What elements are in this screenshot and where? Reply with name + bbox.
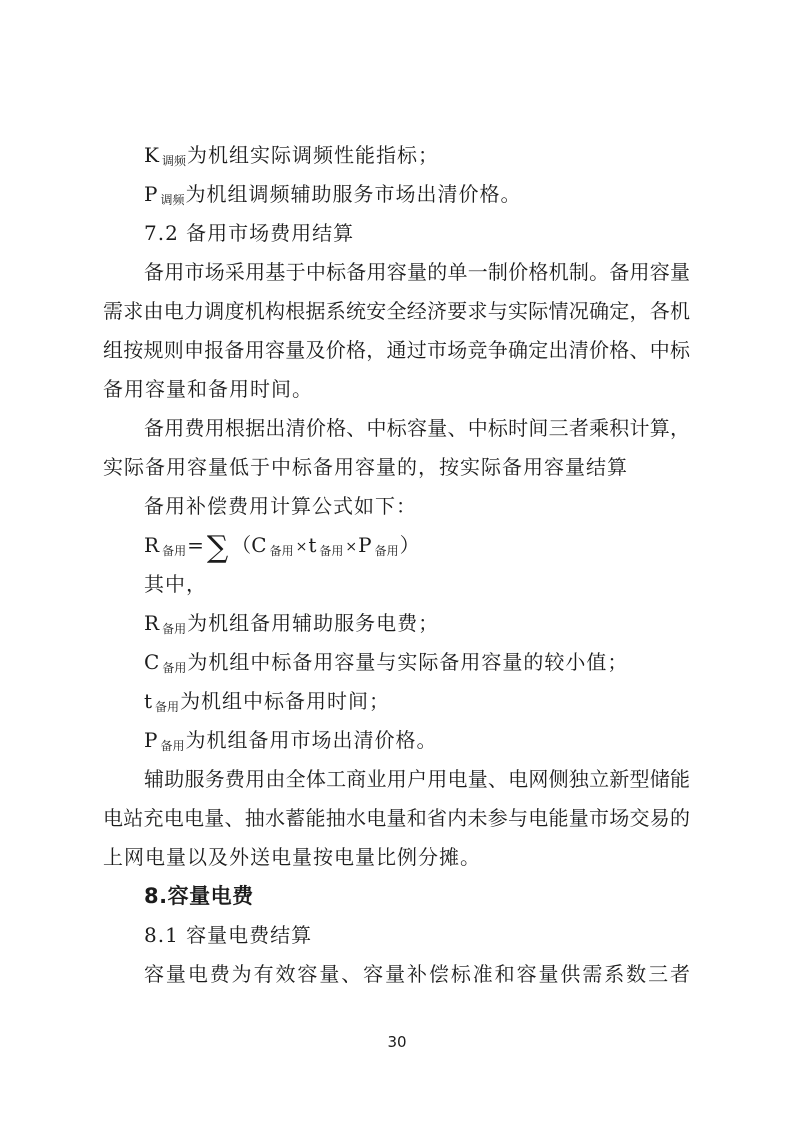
paragraph-line: 需求由电力调度机构根据系统安全经济要求与实际情况确定，各机 <box>103 292 690 331</box>
paragraph-line: 实际备用容量低于中标备用容量的，按实际备用容量结算 <box>103 448 690 487</box>
formula-term-p: P <box>358 533 371 557</box>
paragraph-line: 电站充电电量、抽水蓄能抽水电量和省内未参与电能量市场交易的 <box>103 799 690 838</box>
symbol-definition-line: P调频为机组调频辅助服务市场出清价格。 <box>103 175 690 214</box>
summation-symbol: ∑ <box>207 530 228 565</box>
paragraph-line: 备用费用根据出清价格、中标容量、中标时间三者乘积计算， <box>103 409 690 448</box>
multiply-sign: × <box>345 539 357 555</box>
section-heading-8-1: 8.1 容量电费结算 <box>103 916 690 955</box>
chapter-heading-8: 8.容量电费 <box>103 877 690 916</box>
formula-term-c: C <box>251 533 266 557</box>
symbol-base: t <box>144 689 152 713</box>
symbol-definition-text: 为机组调频辅助服务市场出清价格。 <box>185 182 521 206</box>
section-heading-7-2: 7.2 备用市场费用结算 <box>103 214 690 253</box>
symbol-definition-line: P备用为机组备用市场出清价格。 <box>103 721 690 760</box>
equals-sign: = <box>187 533 204 557</box>
symbol-definition-line: t备用为机组中标备用时间； <box>103 682 690 721</box>
symbol-subscript: 备用 <box>155 700 179 714</box>
formula-term-t-subscript: 备用 <box>319 544 343 558</box>
symbol-base: K <box>144 143 159 167</box>
reserve-fee-formula: R备用=∑（C备用×t备用×P备用） <box>103 526 690 565</box>
symbol-definition-line: K调频为机组实际调频性能指标； <box>103 136 690 175</box>
right-paren: ） <box>400 533 420 557</box>
multiply-sign: × <box>296 539 308 555</box>
symbol-base: C <box>144 650 159 674</box>
symbol-definition-line: C备用为机组中标备用容量与实际备用容量的较小值； <box>103 643 690 682</box>
document-body: K调频为机组实际调频性能指标； P调频为机组调频辅助服务市场出清价格。 7.2 … <box>103 136 690 994</box>
formula-term-c-subscript: 备用 <box>270 544 294 558</box>
paragraph-line: 备用市场采用基于中标备用容量的单一制价格机制。备用容量 <box>103 253 690 292</box>
symbol-definition-text: 为机组备用辅助服务电费； <box>187 611 439 635</box>
symbol-base: R <box>144 611 159 635</box>
symbol-base: P <box>144 182 157 206</box>
paragraph-line: 辅助服务费用由全体工商业用户用电量、电网侧独立新型储能 <box>103 760 690 799</box>
paragraph-line: 组按规则申报备用容量及价格，通过市场竞争确定出清价格、中标 <box>103 331 690 370</box>
symbol-definition-text: 为机组备用市场出清价格。 <box>185 728 437 752</box>
symbol-subscript: 调频 <box>162 154 186 168</box>
page-number: 30 <box>0 1030 794 1054</box>
symbol-subscript: 备用 <box>162 622 186 636</box>
symbol-base: P <box>144 728 157 752</box>
formula-term-p-subscript: 备用 <box>375 544 399 558</box>
symbol-definition-text: 为机组中标备用时间； <box>180 689 390 713</box>
formula-term-t: t <box>308 533 316 557</box>
paragraph-line: 其中， <box>103 565 690 604</box>
formula-lhs: R <box>144 533 159 557</box>
left-paren: （ <box>231 533 251 557</box>
paragraph-line: 上网电量以及外送电量按电量比例分摊。 <box>103 838 690 877</box>
symbol-definition-text: 为机组实际调频性能指标； <box>187 143 439 167</box>
formula-lhs-subscript: 备用 <box>162 544 186 558</box>
symbol-definition-line: R备用为机组备用辅助服务电费； <box>103 604 690 643</box>
symbol-definition-text: 为机组中标备用容量与实际备用容量的较小值； <box>187 650 628 674</box>
paragraph-line: 备用补偿费用计算公式如下： <box>103 487 690 526</box>
symbol-subscript: 备用 <box>162 661 186 675</box>
document-page: K调频为机组实际调频性能指标； P调频为机组调频辅助服务市场出清价格。 7.2 … <box>0 0 794 1123</box>
symbol-subscript: 备用 <box>160 739 184 753</box>
paragraph-line: 容量电费为有效容量、容量补偿标准和容量供需系数三者 <box>103 955 690 994</box>
symbol-subscript: 调频 <box>160 193 184 207</box>
paragraph-line: 备用容量和备用时间。 <box>103 370 690 409</box>
